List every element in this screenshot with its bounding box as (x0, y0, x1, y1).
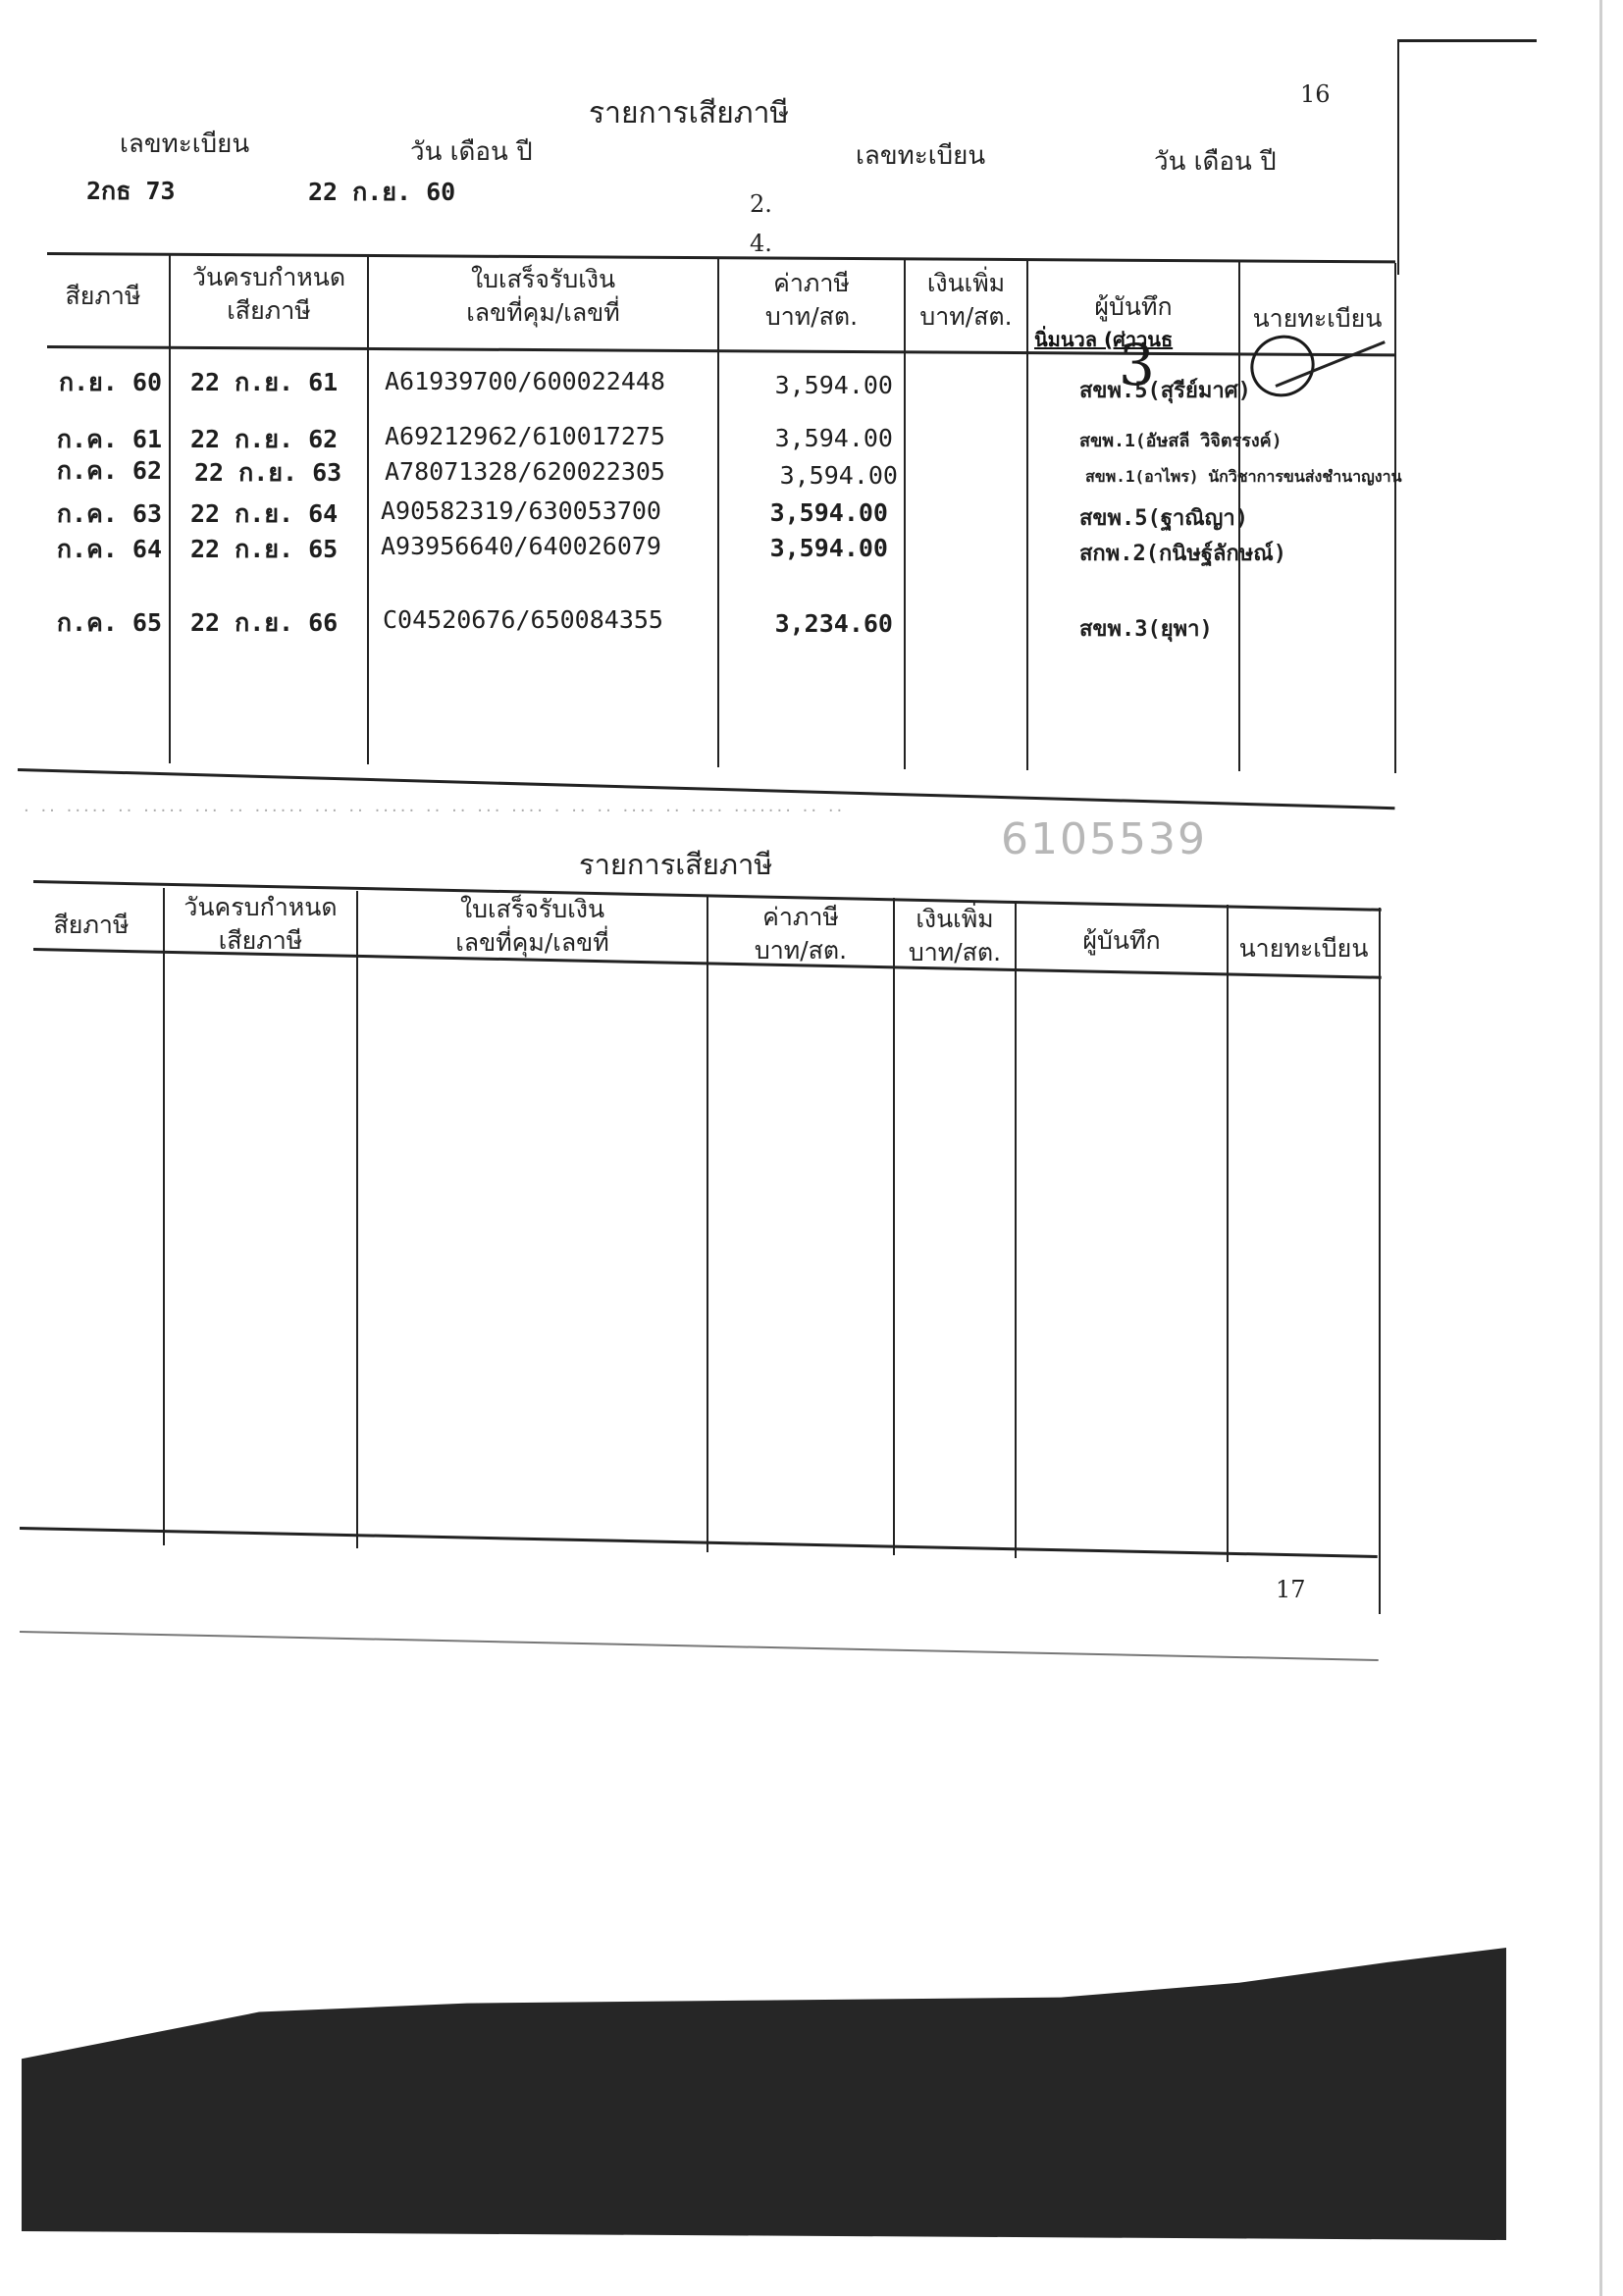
col-header-tax-period: สียภาษี (27, 909, 155, 942)
col-header-receipt: ใบเสร็จรับเงิน เลขที่คุม/เลขที่ (358, 893, 707, 960)
frame-line (1397, 39, 1537, 42)
scan-edge (1599, 0, 1602, 2296)
cell-tax-period: ก.ย. 60 (39, 363, 162, 402)
page-bottom-edge (20, 1631, 1379, 1661)
cell-tax-period: ก.ค. 65 (39, 603, 162, 643)
table-2-title: รายการเสียภาษี (579, 842, 772, 887)
col-header-receipt: ใบเสร็จรับเงิน เลขที่คุม/เลขที่ (369, 263, 717, 330)
date-label-left: วัน เดือน ปี (410, 131, 533, 172)
cell-receipt: A78071328/620022305 (385, 457, 665, 486)
col-header-tax-amount: ค่าภาษี บาท/สต. (708, 901, 893, 967)
col-header-tax-period: สียภาษี (39, 280, 167, 313)
cell-receipt: A61939700/600022448 (385, 367, 665, 395)
cell-receipt: A93956640/640026079 (381, 532, 661, 560)
reg-label-left: เลขทะเบียน (120, 124, 249, 164)
col-header-due-date: วันครบกำหนด เสียภาษี (165, 891, 356, 958)
cell-tax-amount: 3,594.00 (726, 498, 888, 527)
cell-tax-amount: 3,234.60 (726, 609, 893, 638)
marker-4: 4. (750, 230, 772, 257)
cell-recorder: สขพ.1(อาไพร) นักวิชาการขนส่งชำนาญงาน (1085, 465, 1402, 490)
cell-due-date: 22 ก.ย. 63 (194, 453, 341, 493)
scanner-shadow (22, 1948, 1506, 2240)
cell-due-date: 22 ก.ย. 65 (190, 530, 338, 569)
col-header-registrar: นายทะเบียน (1240, 302, 1394, 336)
cell-recorder: สขพ.5(ฐาณิญา) (1079, 500, 1248, 535)
date-label-right: วัน เดือน ปี (1154, 141, 1277, 182)
page-title: รายการเสียภาษี (589, 90, 789, 136)
col-header-recorder: ผู้บันทึก (1017, 924, 1227, 958)
cell-recorder: สกพ.2(กนิษฐ์ลักษณ์) (1079, 536, 1286, 570)
signature-digit: 3 (1119, 332, 1155, 398)
col-header-due-date: วันครบกำหนด เสียภาษี (171, 261, 367, 328)
cell-due-date: 22 ก.ย. 61 (190, 363, 338, 402)
reg-label-right: เลขทะเบียน (856, 135, 985, 176)
cell-recorder: สขพ.1(อัษสลี วิจิตรรงค์) (1079, 426, 1283, 454)
col-header-registrar: นายทะเบียน (1229, 932, 1379, 965)
col-header-tax-amount: ค่าภาษี บาท/สต. (719, 267, 904, 334)
col-header-surcharge: เงินเพิ่ม บาท/สต. (895, 903, 1015, 969)
cell-recorder: สขพ.5(สุรีย์มาศ) (1079, 373, 1251, 407)
cell-due-date: 22 ก.ย. 66 (190, 603, 338, 643)
cell-tax-period: ก.ค. 63 (39, 495, 162, 534)
frame-line (1397, 39, 1399, 275)
cell-tax-amount: 3,594.00 (726, 424, 893, 452)
registration-date: 22 ก.ย. 60 (308, 173, 455, 212)
cell-receipt: A90582319/630053700 (381, 496, 661, 525)
cell-tax-period: ก.ค. 62 (39, 451, 162, 491)
signature-mark (1240, 325, 1325, 407)
cell-recorder: สขพ.3(ยุพา) (1079, 611, 1213, 646)
page-number-top: 16 (1300, 80, 1331, 108)
cell-due-date: 22 ก.ย. 64 (190, 495, 338, 534)
cell-tax-amount: 3,594.00 (726, 461, 898, 490)
cell-tax-amount: 3,594.00 (726, 371, 893, 399)
cell-tax-period: ก.ค. 64 (39, 530, 162, 569)
col-header-recorder: ผู้บันทึก (1028, 290, 1238, 324)
page-number-bottom: 17 (1276, 1576, 1306, 1603)
registration-number: 2กธ 73 (86, 172, 176, 211)
faded-number: 6105539 (1001, 814, 1207, 864)
cell-tax-amount: 3,594.00 (726, 534, 888, 562)
cell-receipt: C04520676/650084355 (383, 605, 663, 634)
marker-2: 2. (750, 190, 772, 218)
col-header-surcharge: เงินเพิ่ม บาท/สต. (906, 267, 1026, 334)
cell-receipt: A69212962/610017275 (385, 422, 665, 450)
